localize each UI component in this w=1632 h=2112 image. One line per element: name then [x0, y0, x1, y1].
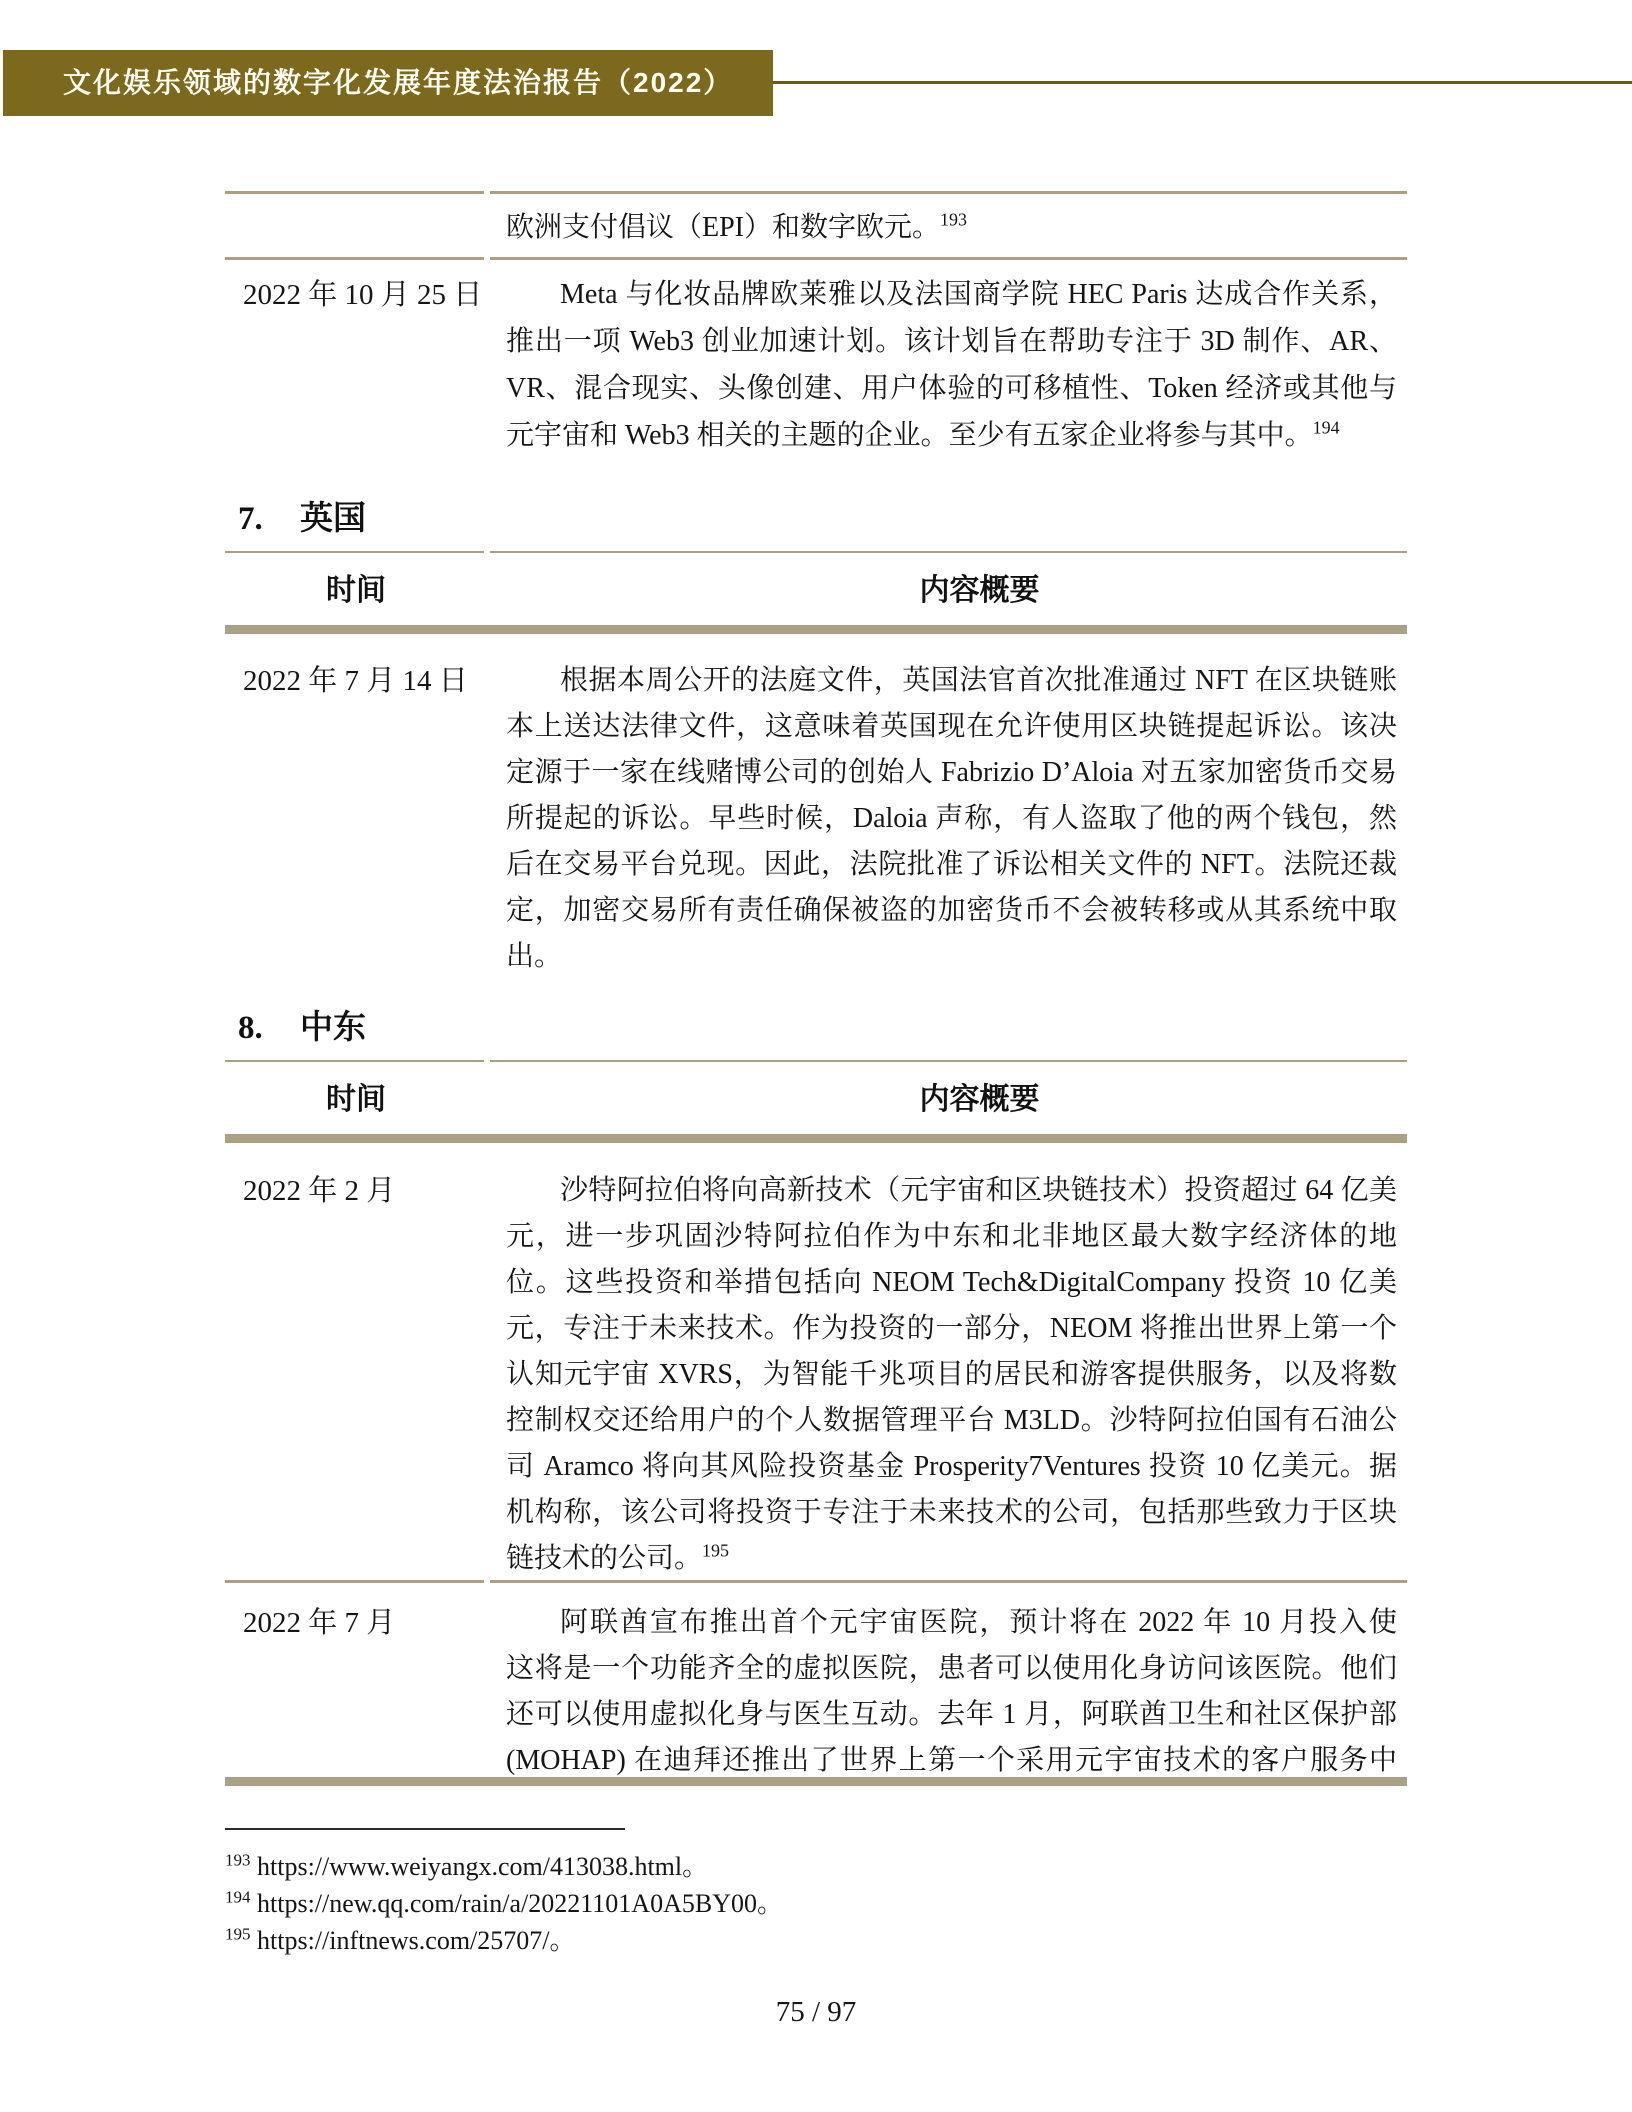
section-heading-uk: 7.英国	[238, 492, 366, 536]
saudi-line-4: 元，专注于未来技术。作为投资的一部分，NEOM 将推出世界上第一个	[506, 1306, 1397, 1352]
uk-line-6: 定，加密交易所有责任确保被盗的加密货币不会被转移或从其系统中取	[506, 888, 1397, 934]
saudi-line-5: 认知元宇宙 XVRS，为智能千兆项目的居民和游客提供服务，以及将数据	[506, 1352, 1397, 1398]
table-europe-row-meta-date: 2022 年 10 月 25 日	[243, 272, 482, 318]
header-rule	[773, 81, 1632, 84]
table-me-row-saudi-date: 2022 年 2 月	[243, 1168, 395, 1214]
table-me-row-uae-date: 2022 年 7 月	[243, 1600, 395, 1646]
uk-line-2: 本上送达法律文件，这意味着英国现在允许使用区块链提起诉讼。该决	[506, 704, 1397, 750]
footnote-193-url: https://www.weiyangx.com/413038.html。	[257, 1852, 708, 1881]
footnote-separator	[225, 1828, 625, 1830]
saudi-line-3: 位。这些投资和举措包括向 NEOM Tech&DigitalCompany 投资…	[506, 1260, 1397, 1306]
table-me-col-time: 时间	[225, 1077, 487, 1123]
uk-line-1: 根据本周公开的法庭文件，英国法官首次批准通过 NFT 在区块链账	[506, 658, 1397, 704]
footnote-194-num: 194	[225, 1887, 251, 1906]
footnote-ref-194: 194	[1313, 418, 1340, 438]
meta-line-2: 推出一项 Web3 创业加速计划。该计划旨在帮助专注于 3D 制作、AR、	[506, 319, 1397, 365]
meta-line-4-text: 元宇宙和 Web3 相关的主题的企业。至少有五家企业将参与其中。	[506, 420, 1313, 451]
section-number-uk: 7.	[238, 501, 300, 538]
page-number: 75 / 97	[0, 1996, 1632, 2029]
table-europe-row-border-right	[490, 257, 1407, 260]
footnote-ref-193: 193	[940, 210, 967, 230]
section-title-uk: 英国	[300, 501, 366, 537]
saudi-line-7: 司 Aramco 将向其风险投资基金 Prosperity7Ventures 投…	[506, 1444, 1397, 1490]
section-heading-me: 8.中东	[238, 1001, 366, 1045]
uae-line-2: 这将是一个功能齐全的虚拟医院，患者可以使用化身访问该医院。他们	[506, 1646, 1397, 1692]
footnote-195: 195 https://inftnews.com/25707/。	[225, 1923, 576, 1959]
table-uk-col-time: 时间	[225, 568, 487, 614]
uae-line-3: 还可以使用虚拟化身与医生互动。去年 1 月，阿联酋卫生和社区保护部	[506, 1692, 1397, 1738]
section-number-me: 8.	[238, 1010, 300, 1047]
footnote-ref-195: 195	[702, 1541, 729, 1561]
saudi-line-1: 沙特阿拉伯将向高新技术（元宇宙和区块链技术）投资超过 64 亿美	[506, 1168, 1397, 1214]
table-me-top-border-right	[490, 1060, 1407, 1062]
table-europe-top-border-left	[225, 191, 484, 194]
table-europe-row-border-left	[225, 257, 484, 260]
epi-text: 欧洲支付倡议（EPI）和数字欧元。	[506, 212, 940, 243]
table-uk-row-date: 2022 年 7 月 14 日	[243, 658, 468, 704]
footnote-194: 194 https://new.qq.com/rain/a/20221101A0…	[225, 1886, 783, 1922]
footnote-193: 193 https://www.weiyangx.com/413038.html…	[225, 1849, 708, 1885]
uk-line-4: 所提起的诉讼。早些时候，Daloia 声称，有人盗取了他的两个钱包，然	[506, 796, 1397, 842]
saudi-line-8: 机构称，该公司将投资于专注于未来技术的公司，包括那些致力于区块	[506, 1490, 1397, 1536]
table-uk-top-border-left	[225, 551, 484, 553]
uk-line-5: 后在交易平台兑现。因此，法院批准了诉讼相关文件的 NFT。法院还裁	[506, 842, 1397, 888]
table-me-row-border-right	[490, 1580, 1407, 1583]
footnote-195-num: 195	[225, 1924, 251, 1943]
uk-line-3: 定源于一家在线赌博公司的创始人 Fabrizio D’Aloia 对五家加密货币…	[506, 750, 1397, 796]
uk-line-7: 出。	[506, 934, 1397, 980]
uae-line-1: 阿联酋宣布推出首个元宇宙医院，预计将在 2022 年 10 月投入使用，	[506, 1600, 1397, 1646]
table-me-header-rule	[225, 1134, 1407, 1143]
table-me-bottom-border	[225, 1777, 1407, 1786]
report-header-bar: 文化娱乐领域的数字化发展年度法治报告（2022）	[3, 50, 773, 116]
footnote-195-url: https://inftnews.com/25707/。	[257, 1926, 576, 1955]
table-uk-top-border-right	[490, 551, 1407, 553]
table-uk-col-summary: 内容概要	[487, 568, 1407, 614]
document-page: 文化娱乐领域的数字化发展年度法治报告（2022） 欧洲支付倡议（EPI）和数字欧…	[0, 0, 1632, 2112]
saudi-line-6: 控制权交还给用户的个人数据管理平台 M3LD。沙特阿拉伯国有石油公	[506, 1398, 1397, 1444]
footnote-194-url: https://new.qq.com/rain/a/20221101A0A5BY…	[257, 1889, 783, 1918]
section-title-me: 中东	[300, 1010, 366, 1046]
meta-line-3: VR、混合现实、头像创建、用户体验的可移植性、Token 经济或其他与	[506, 366, 1397, 412]
table-me-top-border-left	[225, 1060, 484, 1062]
saudi-line-9-text: 链技术的公司。	[506, 1543, 702, 1574]
table-europe-top-border-right	[490, 191, 1407, 194]
table-me-col-summary: 内容概要	[487, 1077, 1407, 1123]
table-me-row-border-left	[225, 1580, 484, 1583]
saudi-line-2: 元，进一步巩固沙特阿拉伯作为中东和北非地区最大数字经济体的地	[506, 1214, 1397, 1260]
meta-line-4: 元宇宙和 Web3 相关的主题的企业。至少有五家企业将参与其中。194	[506, 413, 1397, 459]
saudi-line-9: 链技术的公司。195	[506, 1536, 1397, 1582]
table-europe-row-epi-content: 欧洲支付倡议（EPI）和数字欧元。193	[506, 205, 1397, 251]
table-uk-header-rule	[225, 625, 1407, 634]
report-title: 文化娱乐领域的数字化发展年度法治报告（2022）	[3, 50, 773, 116]
meta-line-1: Meta 与化妆品牌欧莱雅以及法国商学院 HEC Paris 达成合作关系，	[506, 272, 1397, 318]
footnote-193-num: 193	[225, 1850, 251, 1869]
